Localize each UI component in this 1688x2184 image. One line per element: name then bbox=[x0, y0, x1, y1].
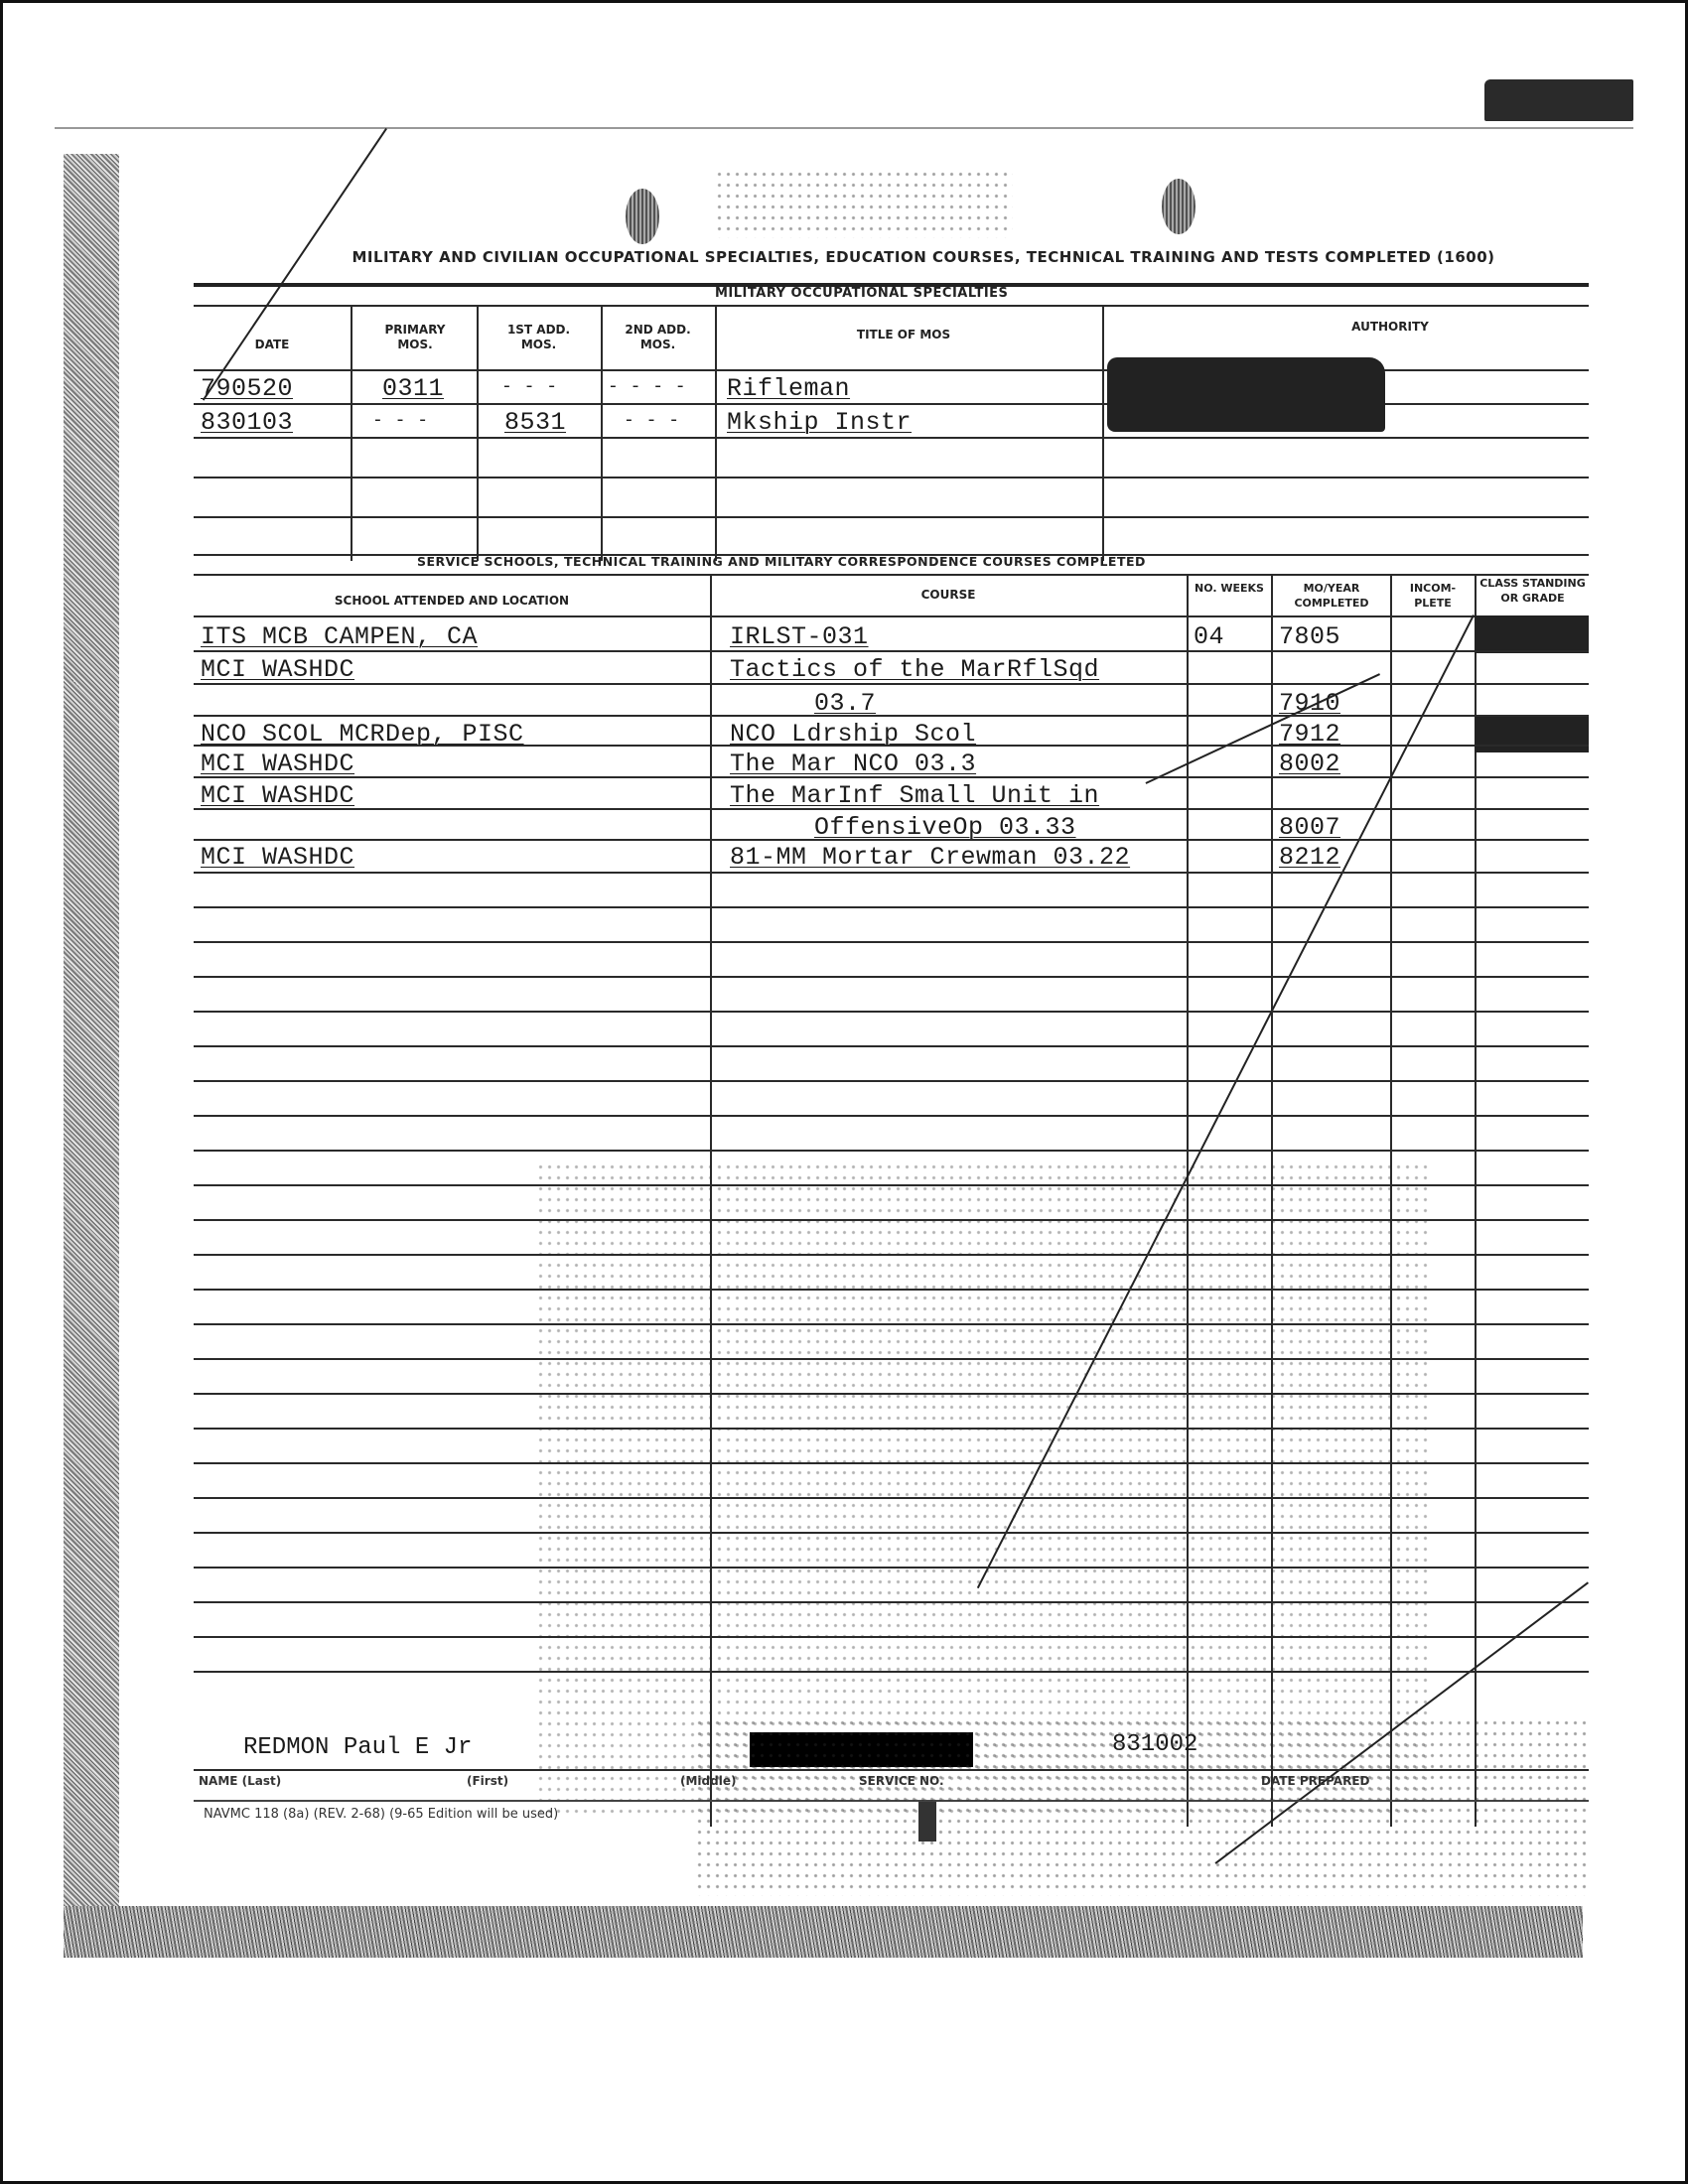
schools-row-rule bbox=[194, 1601, 1589, 1603]
redaction-top-right bbox=[1484, 79, 1633, 121]
schools-row-rule bbox=[194, 839, 1589, 841]
label-first-name: (First) bbox=[467, 1774, 508, 1788]
scan-bottom-edge bbox=[64, 1906, 1583, 1958]
schools-header-bottom-rule bbox=[194, 615, 1589, 617]
pen-stroke bbox=[1146, 673, 1380, 784]
mos-row-rule bbox=[194, 516, 1589, 518]
seal-mark-icon bbox=[1162, 179, 1196, 234]
schools-row-rule bbox=[194, 1115, 1589, 1117]
school-row-7-completed: 8007 bbox=[1279, 814, 1340, 842]
school-row-1-course: IRLST-031 bbox=[730, 623, 869, 651]
schools-row-rule bbox=[194, 1150, 1589, 1152]
schools-row-rule bbox=[194, 776, 1589, 778]
form-main-title: MILITARY AND CIVILIAN OCCUPATIONAL SPECI… bbox=[258, 248, 1589, 266]
mos-header-date: DATE bbox=[194, 338, 351, 352]
school-row-8-completed: 8212 bbox=[1279, 844, 1340, 872]
mos-header-primary: PRIMARY MOS. bbox=[375, 323, 455, 352]
mos-header-second-add: 2ND ADD. MOS. bbox=[611, 323, 705, 352]
schools-row-rule bbox=[194, 715, 1589, 717]
mos-header-first-add: 1ST ADD. MOS. bbox=[492, 323, 586, 352]
scan-noise bbox=[715, 169, 1013, 238]
mos-row-1-second-add: - - - - bbox=[608, 373, 686, 401]
schools-row-rule bbox=[194, 1011, 1589, 1013]
school-row-6-school: MCI WASHDC bbox=[201, 782, 354, 810]
schools-row-rule bbox=[194, 1428, 1589, 1430]
form-identifier: NAVMC 118 (8a) (REV. 2-68) (9-65 Edition… bbox=[204, 1807, 558, 1822]
mos-row-rule bbox=[194, 437, 1589, 439]
mos-header-top-rule bbox=[194, 305, 1589, 307]
schools-row-rule bbox=[194, 1289, 1589, 1291]
schools-row-rule bbox=[194, 1045, 1589, 1047]
smudge-mark bbox=[918, 1802, 936, 1842]
school-row-3-completed: 7910 bbox=[1279, 690, 1340, 718]
schools-header-standing: CLASS STANDING OR GRADE bbox=[1477, 576, 1589, 606]
standing-redaction-2 bbox=[1475, 715, 1589, 752]
school-row-7-course: OffensiveOp 03.33 bbox=[814, 814, 1076, 842]
schools-row-rule bbox=[194, 872, 1589, 874]
schools-row-rule bbox=[194, 683, 1589, 685]
school-row-5-course: The Mar NCO 03.3 bbox=[730, 751, 976, 778]
schools-header-completed: MO/YEAR COMPLETED bbox=[1273, 581, 1390, 611]
schools-row-rule bbox=[194, 1219, 1589, 1221]
schools-row-rule bbox=[194, 1323, 1589, 1325]
scan-top-edge bbox=[55, 127, 1633, 129]
school-row-2-course: Tactics of the MarRflSqd bbox=[730, 656, 1099, 684]
mos-col-divider bbox=[1102, 305, 1104, 561]
seal-mark-icon bbox=[626, 189, 659, 244]
mos-header-title: TITLE OF MOS bbox=[804, 328, 1003, 342]
mos-row-2-date: 830103 bbox=[201, 409, 293, 437]
schools-row-rule bbox=[194, 650, 1589, 652]
schools-header-incomplete: INCOM- PLETE bbox=[1392, 581, 1474, 611]
mos-section-title: MILITARY OCCUPATIONAL SPECIALTIES bbox=[715, 286, 1008, 301]
schools-row-rule bbox=[194, 745, 1589, 747]
schools-row-rule bbox=[194, 1532, 1589, 1534]
schools-header-course: COURSE bbox=[710, 588, 1187, 603]
mos-authority-redaction bbox=[1107, 357, 1385, 432]
school-row-5-completed: 8002 bbox=[1279, 751, 1340, 778]
schools-header-top-rule bbox=[194, 574, 1589, 576]
schools-row-rule bbox=[194, 906, 1589, 908]
mos-col-divider bbox=[351, 305, 352, 561]
mos-row-1-primary: 0311 bbox=[382, 375, 444, 403]
school-row-1-school: ITS MCB CAMPEN, CA bbox=[201, 623, 478, 651]
standing-redaction-1 bbox=[1475, 615, 1589, 653]
school-row-3-course: 03.7 bbox=[814, 690, 876, 718]
schools-row-rule bbox=[194, 1462, 1589, 1464]
school-row-8-course: 81-MM Mortar Crewman 03.22 bbox=[730, 844, 1130, 872]
mos-col-divider bbox=[477, 305, 479, 561]
mos-row-2-second-add: - - - bbox=[624, 407, 680, 435]
mos-row-1-title: Rifleman bbox=[727, 375, 850, 403]
schools-row-rule bbox=[194, 1393, 1589, 1395]
mos-row-rule bbox=[194, 477, 1589, 478]
mos-row-2-primary: - - - bbox=[372, 407, 429, 435]
navmc-form: MILITARY AND CIVILIAN OCCUPATIONAL SPECI… bbox=[119, 149, 1589, 1906]
mos-col-divider bbox=[601, 305, 603, 561]
mos-col-divider bbox=[715, 305, 717, 561]
mos-header-authority: AUTHORITY bbox=[1291, 320, 1489, 335]
schools-row-rule bbox=[194, 976, 1589, 978]
school-row-8-school: MCI WASHDC bbox=[201, 844, 354, 872]
schools-header-weeks: NO. WEEKS bbox=[1189, 581, 1270, 596]
schools-col-divider bbox=[1475, 574, 1477, 1827]
schools-row-rule bbox=[194, 1671, 1589, 1673]
mos-row-2-title: Mkship Instr bbox=[727, 409, 912, 437]
schools-row-rule bbox=[194, 1080, 1589, 1082]
schools-row-rule bbox=[194, 808, 1589, 810]
schools-row-rule bbox=[194, 1358, 1589, 1360]
schools-section-title: SERVICE SCHOOLS, TECHNICAL TRAINING AND … bbox=[417, 554, 1146, 569]
schools-row-rule bbox=[194, 941, 1589, 943]
scan-left-edge bbox=[64, 154, 119, 1956]
mos-row-2-first-add: 8531 bbox=[504, 409, 566, 437]
schools-row-rule bbox=[194, 1636, 1589, 1638]
label-last-name: NAME (Last) bbox=[199, 1774, 281, 1788]
schools-row-rule bbox=[194, 1567, 1589, 1569]
school-row-1-completed: 7805 bbox=[1279, 623, 1340, 651]
schools-row-rule bbox=[194, 1497, 1589, 1499]
school-row-2-school: MCI WASHDC bbox=[201, 656, 354, 684]
mos-row-1-first-add: - - - bbox=[501, 373, 558, 401]
footer-name: REDMON Paul E Jr bbox=[243, 1734, 472, 1761]
school-row-5-school: MCI WASHDC bbox=[201, 751, 354, 778]
school-row-1-weeks: 04 bbox=[1194, 623, 1224, 651]
schools-row-rule bbox=[194, 1254, 1589, 1256]
school-row-6-course: The MarInf Small Unit in bbox=[730, 782, 1099, 810]
scan-noise bbox=[695, 1717, 1589, 1896]
schools-row-rule bbox=[194, 1184, 1589, 1186]
schools-header-school: SCHOOL ATTENDED AND LOCATION bbox=[194, 594, 710, 609]
